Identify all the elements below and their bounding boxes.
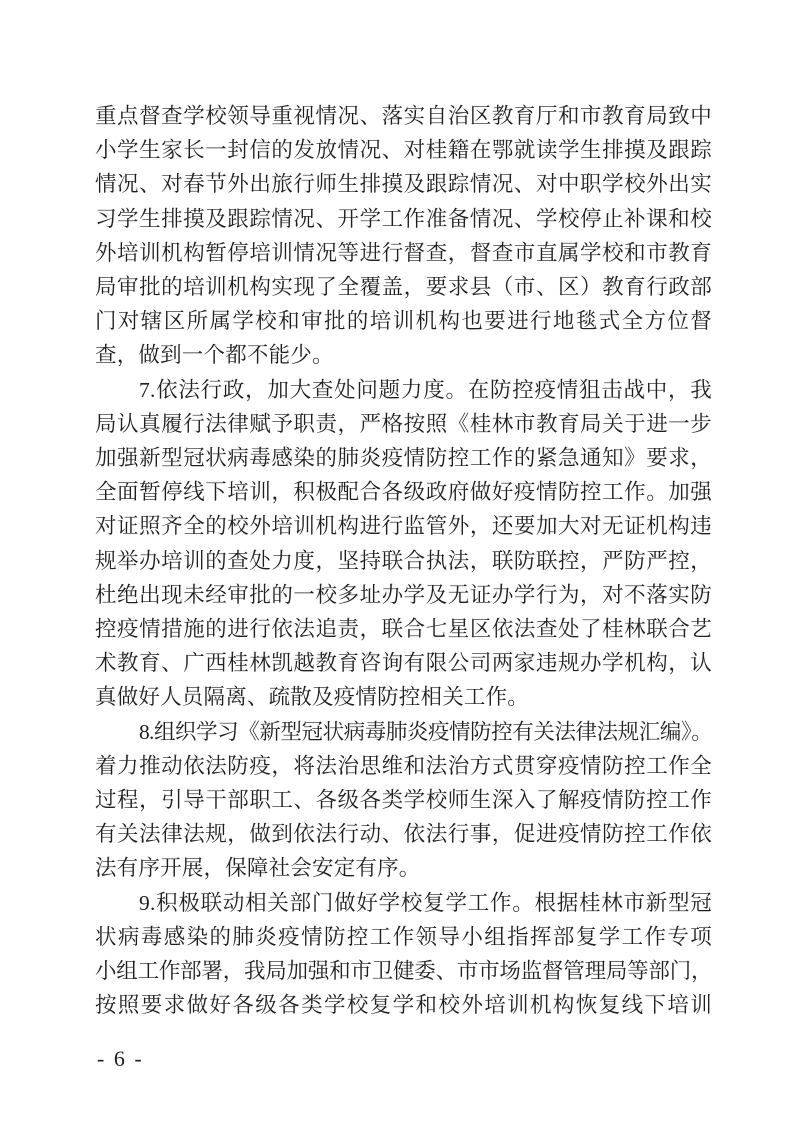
text-line: 真做好人员隔离、疏散及疫情防控相关工作。 — [95, 680, 712, 714]
paragraph: 9.积极联动相关部门做好学校复学工作。根据桂林市新型冠状病毒感染的肺炎疫情防控工… — [95, 886, 712, 1023]
text-line: 按照要求做好各级各类学校复学和校外培训机构恢复线下培训 — [95, 988, 712, 1022]
text-line: 门对辖区所属学校和审批的培训机构也要进行地毯式全方位督 — [95, 304, 712, 338]
text-line: 9.积极联动相关部门做好学校复学工作。根据桂林市新型冠 — [95, 886, 712, 920]
text-line: 术教育、广西桂林凯越教育咨询有限公司两家违规办学机构，认 — [95, 646, 712, 680]
text-line: 小组工作部署，我局加强和市卫健委、市市场监督管理局等部门， — [95, 954, 712, 988]
paragraph: 8.组织学习《新型冠状病毒肺炎疫情防控有关法律法规汇编》。着力推动依法防疫，将法… — [95, 715, 712, 886]
text-line: 7.依法行政，加大查处问题力度。在防控疫情狙击战中，我 — [95, 373, 712, 407]
page-footer: - 6 - — [97, 1044, 144, 1074]
text-line: 重点督查学校领导重视情况、落实自治区教育厅和市教育局致中 — [95, 99, 712, 133]
text-line: 外培训机构暂停培训情况等进行督查，督查市直属学校和市教育 — [95, 236, 712, 270]
text-line: 杜绝出现未经审批的一校多址办学及无证办学行为，对不落实防 — [95, 578, 712, 612]
text-line: 对证照齐全的校外培训机构进行监管外，还要加大对无证机构违 — [95, 509, 712, 543]
text-line: 8.组织学习《新型冠状病毒肺炎疫情防控有关法律法规汇编》。 — [95, 715, 712, 749]
text-line: 全面暂停线下培训，积极配合各级政府做好疫情防控工作。加强 — [95, 475, 712, 509]
text-line: 局审批的培训机构实现了全覆盖，要求县（市、区）教育行政部 — [95, 270, 712, 304]
text-line: 控疫情措施的进行依法追责，联合七星区依法查处了桂林联合艺 — [95, 612, 712, 646]
paragraph: 7.依法行政，加大查处问题力度。在防控疫情狙击战中，我局认真履行法律赋予职责，严… — [95, 373, 712, 715]
page-number: - 6 - — [97, 1046, 144, 1071]
text-line: 着力推动依法防疫，将法治思维和法治方式贯穿疫情防控工作全 — [95, 749, 712, 783]
text-line: 规举办培训的查处力度，坚持联合执法，联防联控，严防严控， — [95, 544, 712, 578]
text-line: 情况、对春节外出旅行师生排摸及跟踪情况、对中职学校外出实 — [95, 167, 712, 201]
text-line: 有关法律法规，做到依法行动、依法行事，促进疫情防控工作依 — [95, 817, 712, 851]
text-line: 法有序开展，保障社会安定有序。 — [95, 851, 712, 885]
document-page: 重点督查学校领导重视情况、落实自治区教育厅和市教育局致中小学生家长一封信的发放情… — [0, 0, 800, 1131]
text-line: 过程，引导干部职工、各级各类学校师生深入了解疫情防控工作 — [95, 783, 712, 817]
text-line: 局认真履行法律赋予职责，严格按照《桂林市教育局关于进一步 — [95, 407, 712, 441]
text-line: 查，做到一个都不能少。 — [95, 338, 712, 372]
text-line: 加强新型冠状病毒感染的肺炎疫情防控工作的紧急通知》要求， — [95, 441, 712, 475]
text-line: 习学生排摸及跟踪情况、开学工作准备情况、学校停止补课和校 — [95, 202, 712, 236]
text-line: 状病毒感染的肺炎疫情防控工作领导小组指挥部复学工作专项 — [95, 920, 712, 954]
text-line: 小学生家长一封信的发放情况、对桂籍在鄂就读学生排摸及跟踪 — [95, 133, 712, 167]
document-body: 重点督查学校领导重视情况、落实自治区教育厅和市教育局致中小学生家长一封信的发放情… — [95, 99, 712, 1022]
paragraph: 重点督查学校领导重视情况、落实自治区教育厅和市教育局致中小学生家长一封信的发放情… — [95, 99, 712, 373]
